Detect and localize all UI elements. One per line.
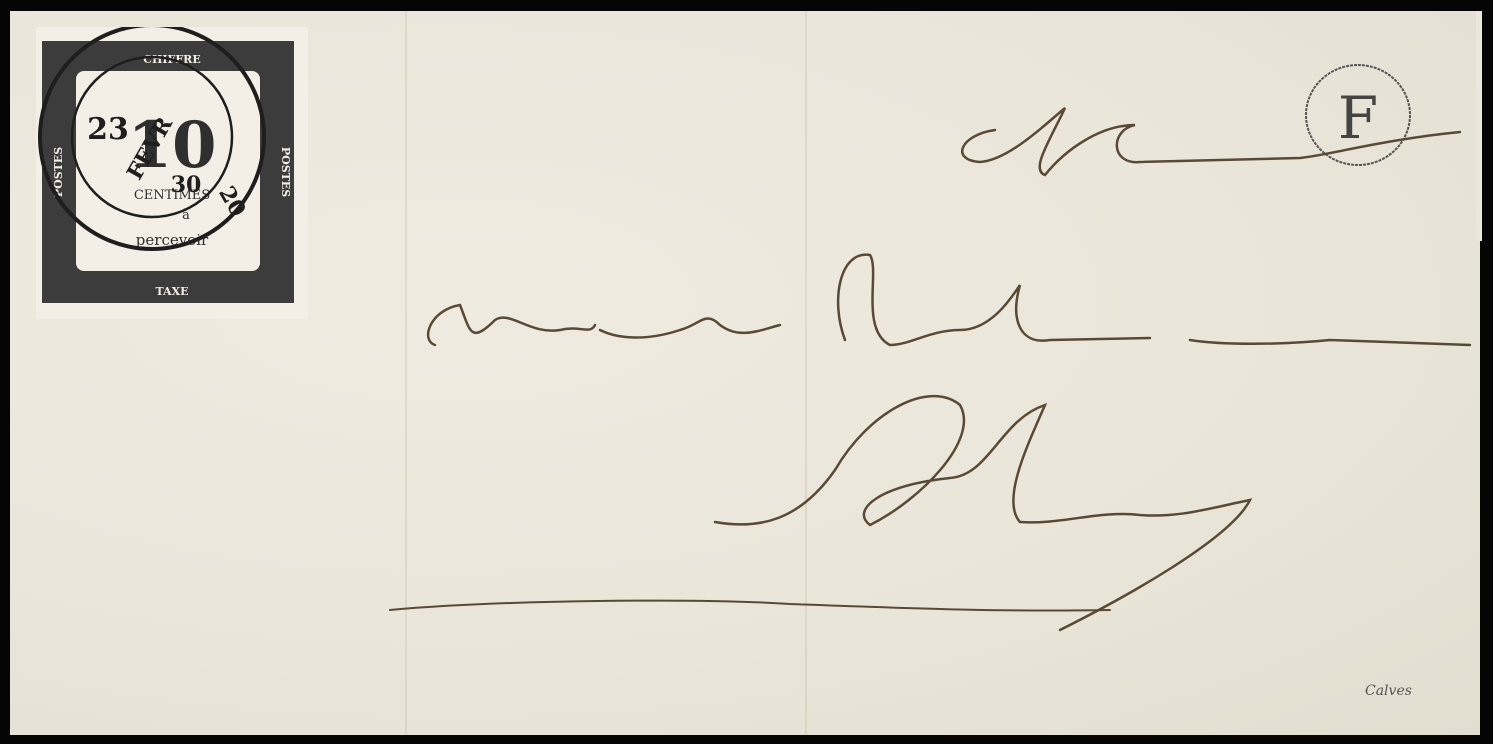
handwriting-monsieur <box>428 305 595 345</box>
handwriting-notaire <box>1190 340 1470 345</box>
underline <box>390 601 1110 611</box>
expert-mark: Calves <box>1365 683 1445 713</box>
handwriting-layer <box>0 0 1493 744</box>
handwriting-houillon <box>838 255 1150 345</box>
handwriting-monsieur-title <box>962 108 1460 175</box>
handwriting-flavigny <box>715 396 1250 630</box>
